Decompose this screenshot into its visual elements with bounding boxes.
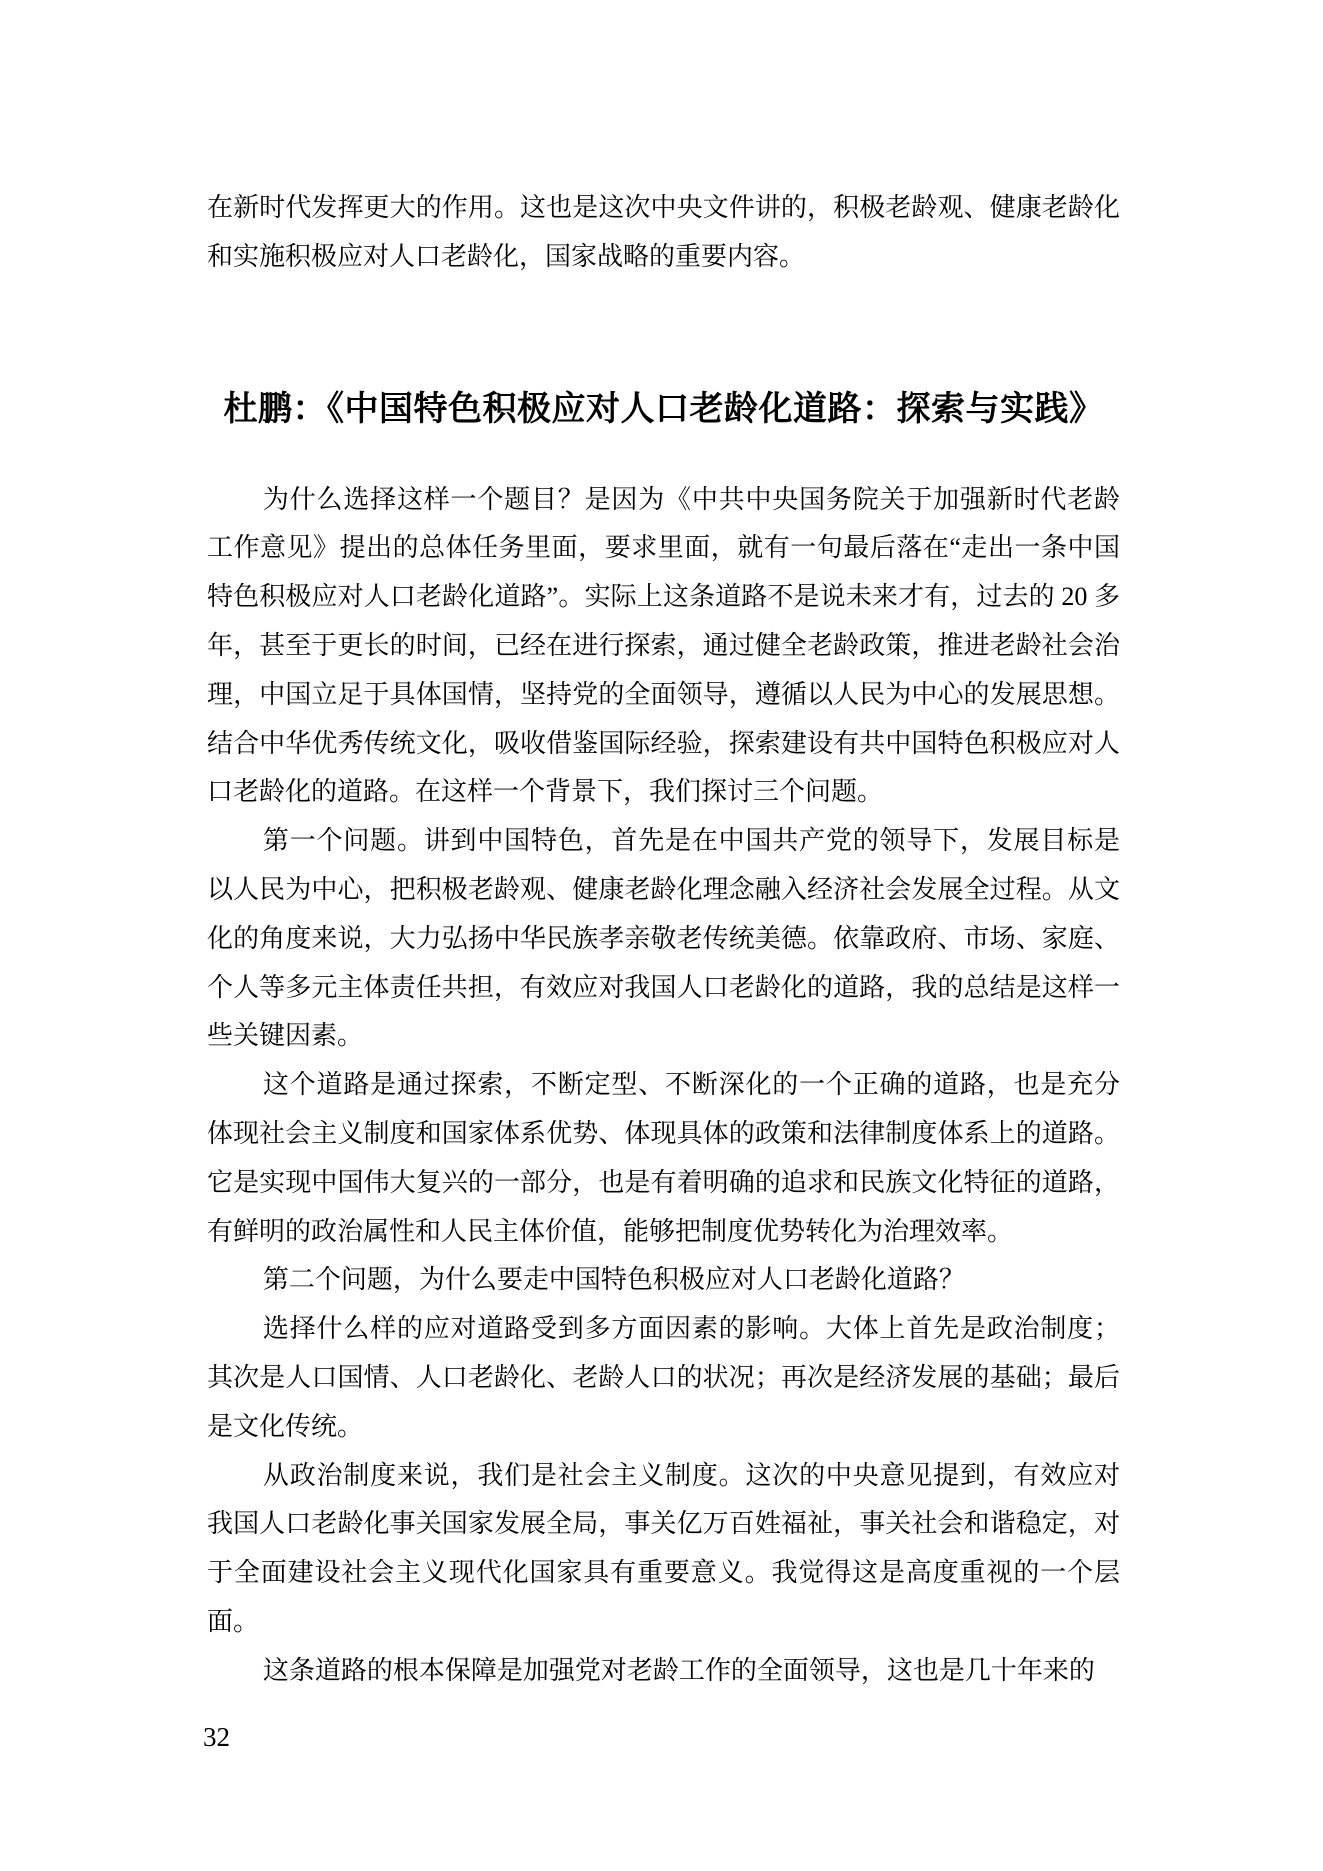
body-paragraph-7: 这条道路的根本保障是加强党对老龄工作的全面领导，这也是几十年来的 — [207, 1647, 1120, 1696]
body-paragraph-4: 第二个问题，为什么要走中国特色积极应对人口老龄化道路？ — [207, 1256, 1120, 1305]
text-column: 在新时代发挥更大的作用。这也是这次中央文件讲的，积极老龄观、健康老龄化和实施积极… — [207, 0, 1120, 1696]
intro-paragraph: 在新时代发挥更大的作用。这也是这次中央文件讲的，积极老龄观、健康老龄化和实施积极… — [207, 184, 1120, 282]
body-paragraph-3: 这个道路是通过探索，不断定型、不断深化的一个正确的道路，也是充分体现社会主义制度… — [207, 1061, 1120, 1256]
body-paragraph-1: 为什么选择这样一个题目？是因为《中共中央国务院关于加强新时代老龄工作意见》提出的… — [207, 476, 1120, 818]
body-paragraph-5: 选择什么样的应对道路受到多方面因素的影响。大体上首先是政治制度；其次是人口国情、… — [207, 1305, 1120, 1451]
body-paragraph-6: 从政治制度来说，我们是社会主义制度。这次的中央意见提到，有效应对我国人口老龄化事… — [207, 1452, 1120, 1647]
section-title: 杜鹏：《中国特色积极应对人口老龄化道路：探索与实践》 — [207, 388, 1120, 432]
document-page: 在新时代发挥更大的作用。这也是这次中央文件讲的，积极老龄观、健康老龄化和实施积极… — [0, 0, 1323, 1871]
page-number: 32 — [203, 1722, 230, 1752]
body-paragraph-2: 第一个问题。讲到中国特色，首先是在中国共产党的领导下，发展目标是以人民为中心，把… — [207, 817, 1120, 1061]
